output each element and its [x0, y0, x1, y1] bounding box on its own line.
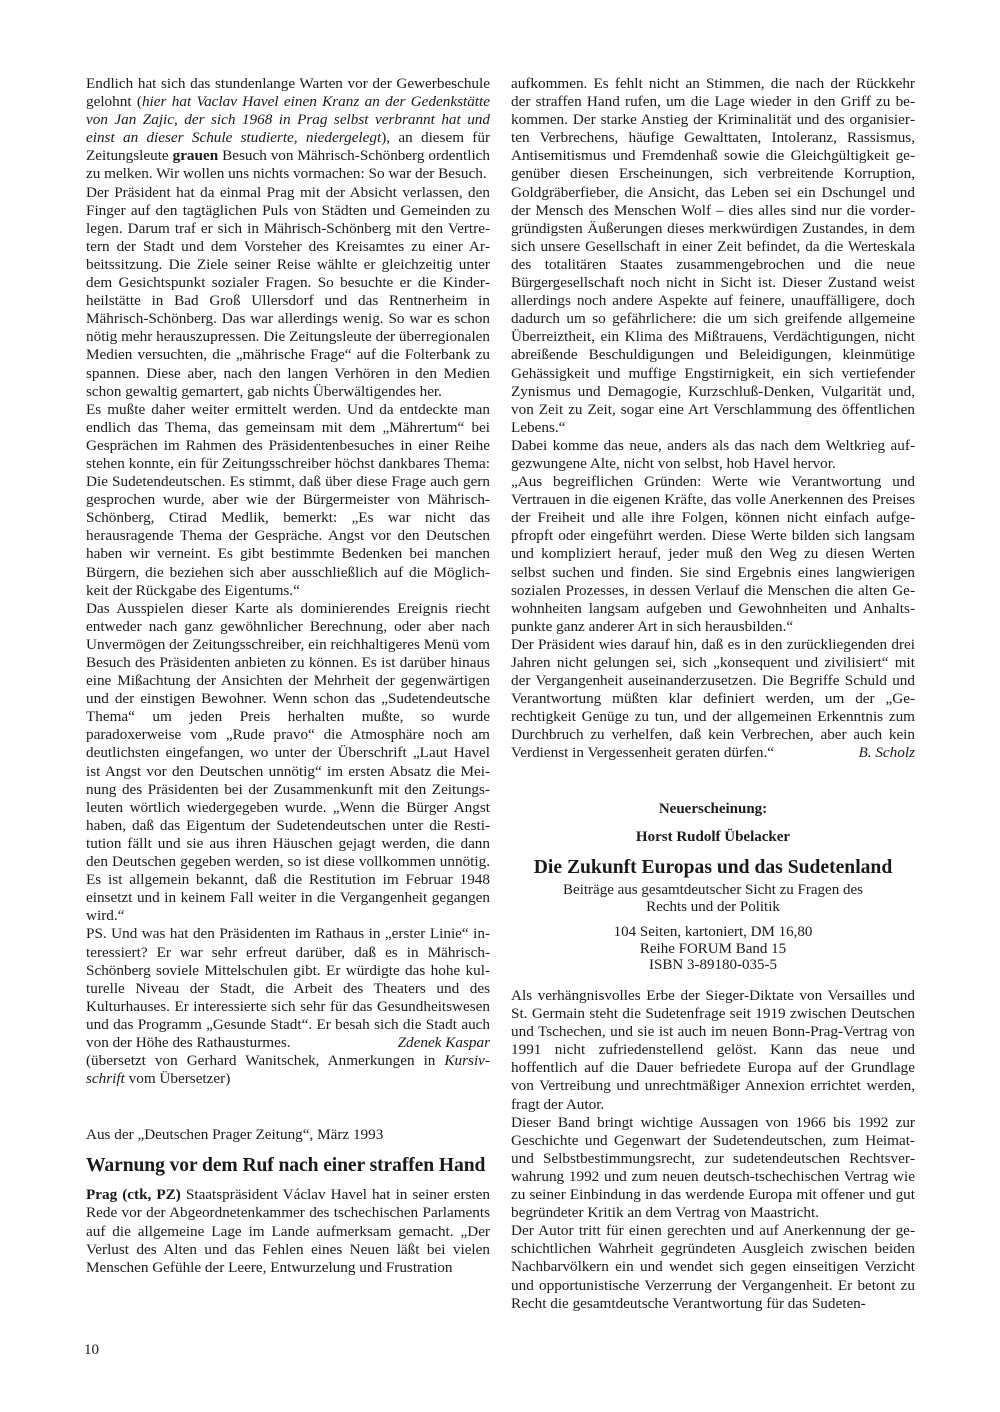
article-paragraph: Dabei komme das neue, anders als das nac…: [511, 437, 915, 473]
article-headline: Warnung vor dem Ruf nach einer straffen …: [86, 1154, 490, 1178]
author-signature: Zdenek Kaspar: [398, 1034, 490, 1052]
article-paragraph: Der Präsident hat da einmal Prag mit der…: [86, 184, 490, 401]
article-paragraph: Der Präsident wies darauf hin, daß es in…: [511, 636, 915, 763]
article-paragraph: Endlich hat sich das stundenlange Warten…: [86, 75, 490, 184]
article-source: Aus der „Deutschen Prager Zeitung“, März…: [86, 1126, 490, 1144]
book-announcement: Neuerscheinung: Horst Rudolf Übelacker D…: [511, 800, 915, 974]
article-paragraph: Das Ausspielen dieser Karte als dominier…: [86, 600, 490, 926]
article-paragraph: Es mußte daher weiter ermittelt werden. …: [86, 401, 490, 600]
book-paragraph: Dieser Band bringt wichtige Aussagen von…: [511, 1114, 915, 1223]
article-paragraph: „Aus begreiflichen Gründen: Werte wie Ve…: [511, 473, 915, 636]
book-title: Die Zukunft Europas und das Sudetenland: [511, 856, 915, 880]
right-column: aufkommen. Es fehlt nicht an Stimmen, di…: [511, 75, 915, 763]
translation-note: (übersetzt von Gerhard Wanitschek, Anmer…: [86, 1052, 490, 1088]
book-isbn: ISBN 3-89180-035-5: [649, 957, 777, 973]
article-lead-paragraph: Prag (ctk, PZ) Staatspräsident Václav Ha…: [86, 1186, 490, 1276]
author-signature: B. Scholz: [858, 744, 915, 762]
book-description: Als verhängnisvolles Erbe der Sieger-Dik…: [511, 987, 915, 1313]
left-column: Endlich hat sich das stundenlange Warten…: [86, 75, 490, 1277]
page-number: 10: [84, 1342, 99, 1359]
book-paragraph: Als verhängnisvolles Erbe der Sieger-Dik…: [511, 987, 915, 1114]
bold-emphasis: grauen: [173, 147, 219, 164]
book-label: Neuerscheinung:: [511, 800, 915, 818]
article-paragraph: aufkommen. Es fehlt nicht an Stimmen, di…: [511, 75, 915, 437]
article-paragraph: PS. Und was hat den Präsidenten im Ratha…: [86, 925, 490, 1052]
book-paragraph: Der Autor tritt für einen gerechten und …: [511, 1222, 915, 1312]
book-subtitle: Beiträge aus gesamtdeutscher Sicht zu Fr…: [511, 882, 915, 916]
book-series: Reihe FORUM Band 15: [640, 941, 786, 957]
section-gap: [86, 1088, 490, 1126]
dateline: Prag (ctk, PZ): [86, 1186, 181, 1203]
book-pages-price: 104 Seiten, kartoniert, DM 16,80: [614, 924, 813, 940]
book-meta: 104 Seiten, kartoniert, DM 16,80Reihe FO…: [511, 924, 915, 974]
book-author: Horst Rudolf Übelacker: [511, 828, 915, 846]
